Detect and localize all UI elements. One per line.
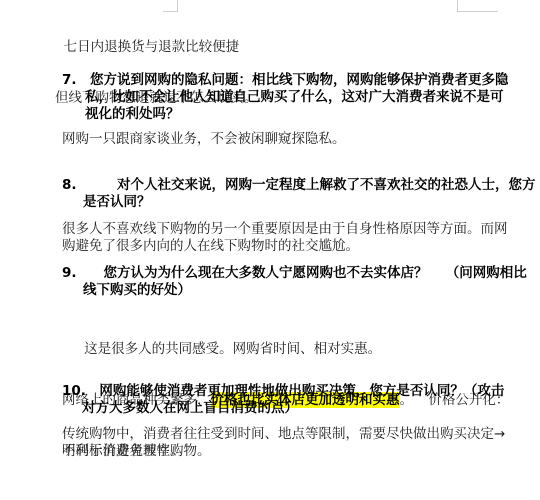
question-8: 8. 对个人社交来说，网购一定程度上解救了不喜欢社交的社恐人士，您方 是否认同？ [62,177,536,211]
document-page[interactable]: 七日内退换货与退款比较便捷 但线下购物想退就退不怎么现实。 7. 您方说到网购的… [0,0,540,500]
question-9: 9. 您方认为为什么现在大多数人宁愿网购也不去实体店？ （问网购相比 线下购买的… [62,265,527,299]
answer-9-line-1: 这是很多人的共同感受。网购省时间、相对实惠。 [62,341,509,358]
question-7: 7. 您方说到网购的隐私问题：相比线下购物，网购能够保护消费者更多隐 私，比如不… [62,72,509,123]
intro-line-1: 七日内退换货与退款比较便捷 [55,39,258,56]
text-boundary-mark-right-horizontal [457,11,498,12]
question-10: 10. 网购能够使消费者更加理性地做出购买决策，您方是否认同？（攻击 对方大多数… [62,383,504,417]
answer-8: 很多人不喜欢线下购物的另一个重要原因是由于自身性格原因等方面。而网 购避免了很多… [62,221,508,255]
answer-7: 网购一只跟商家谈业务，不会被闲聊窥探隐私。 [62,131,346,148]
text-boundary-mark-right-vertical [457,0,458,11]
answer-10: 传统购物中，消费者往往受到时间、地点等限制，需要尽快做出购买决定→ 不利于消费者… [62,426,505,460]
